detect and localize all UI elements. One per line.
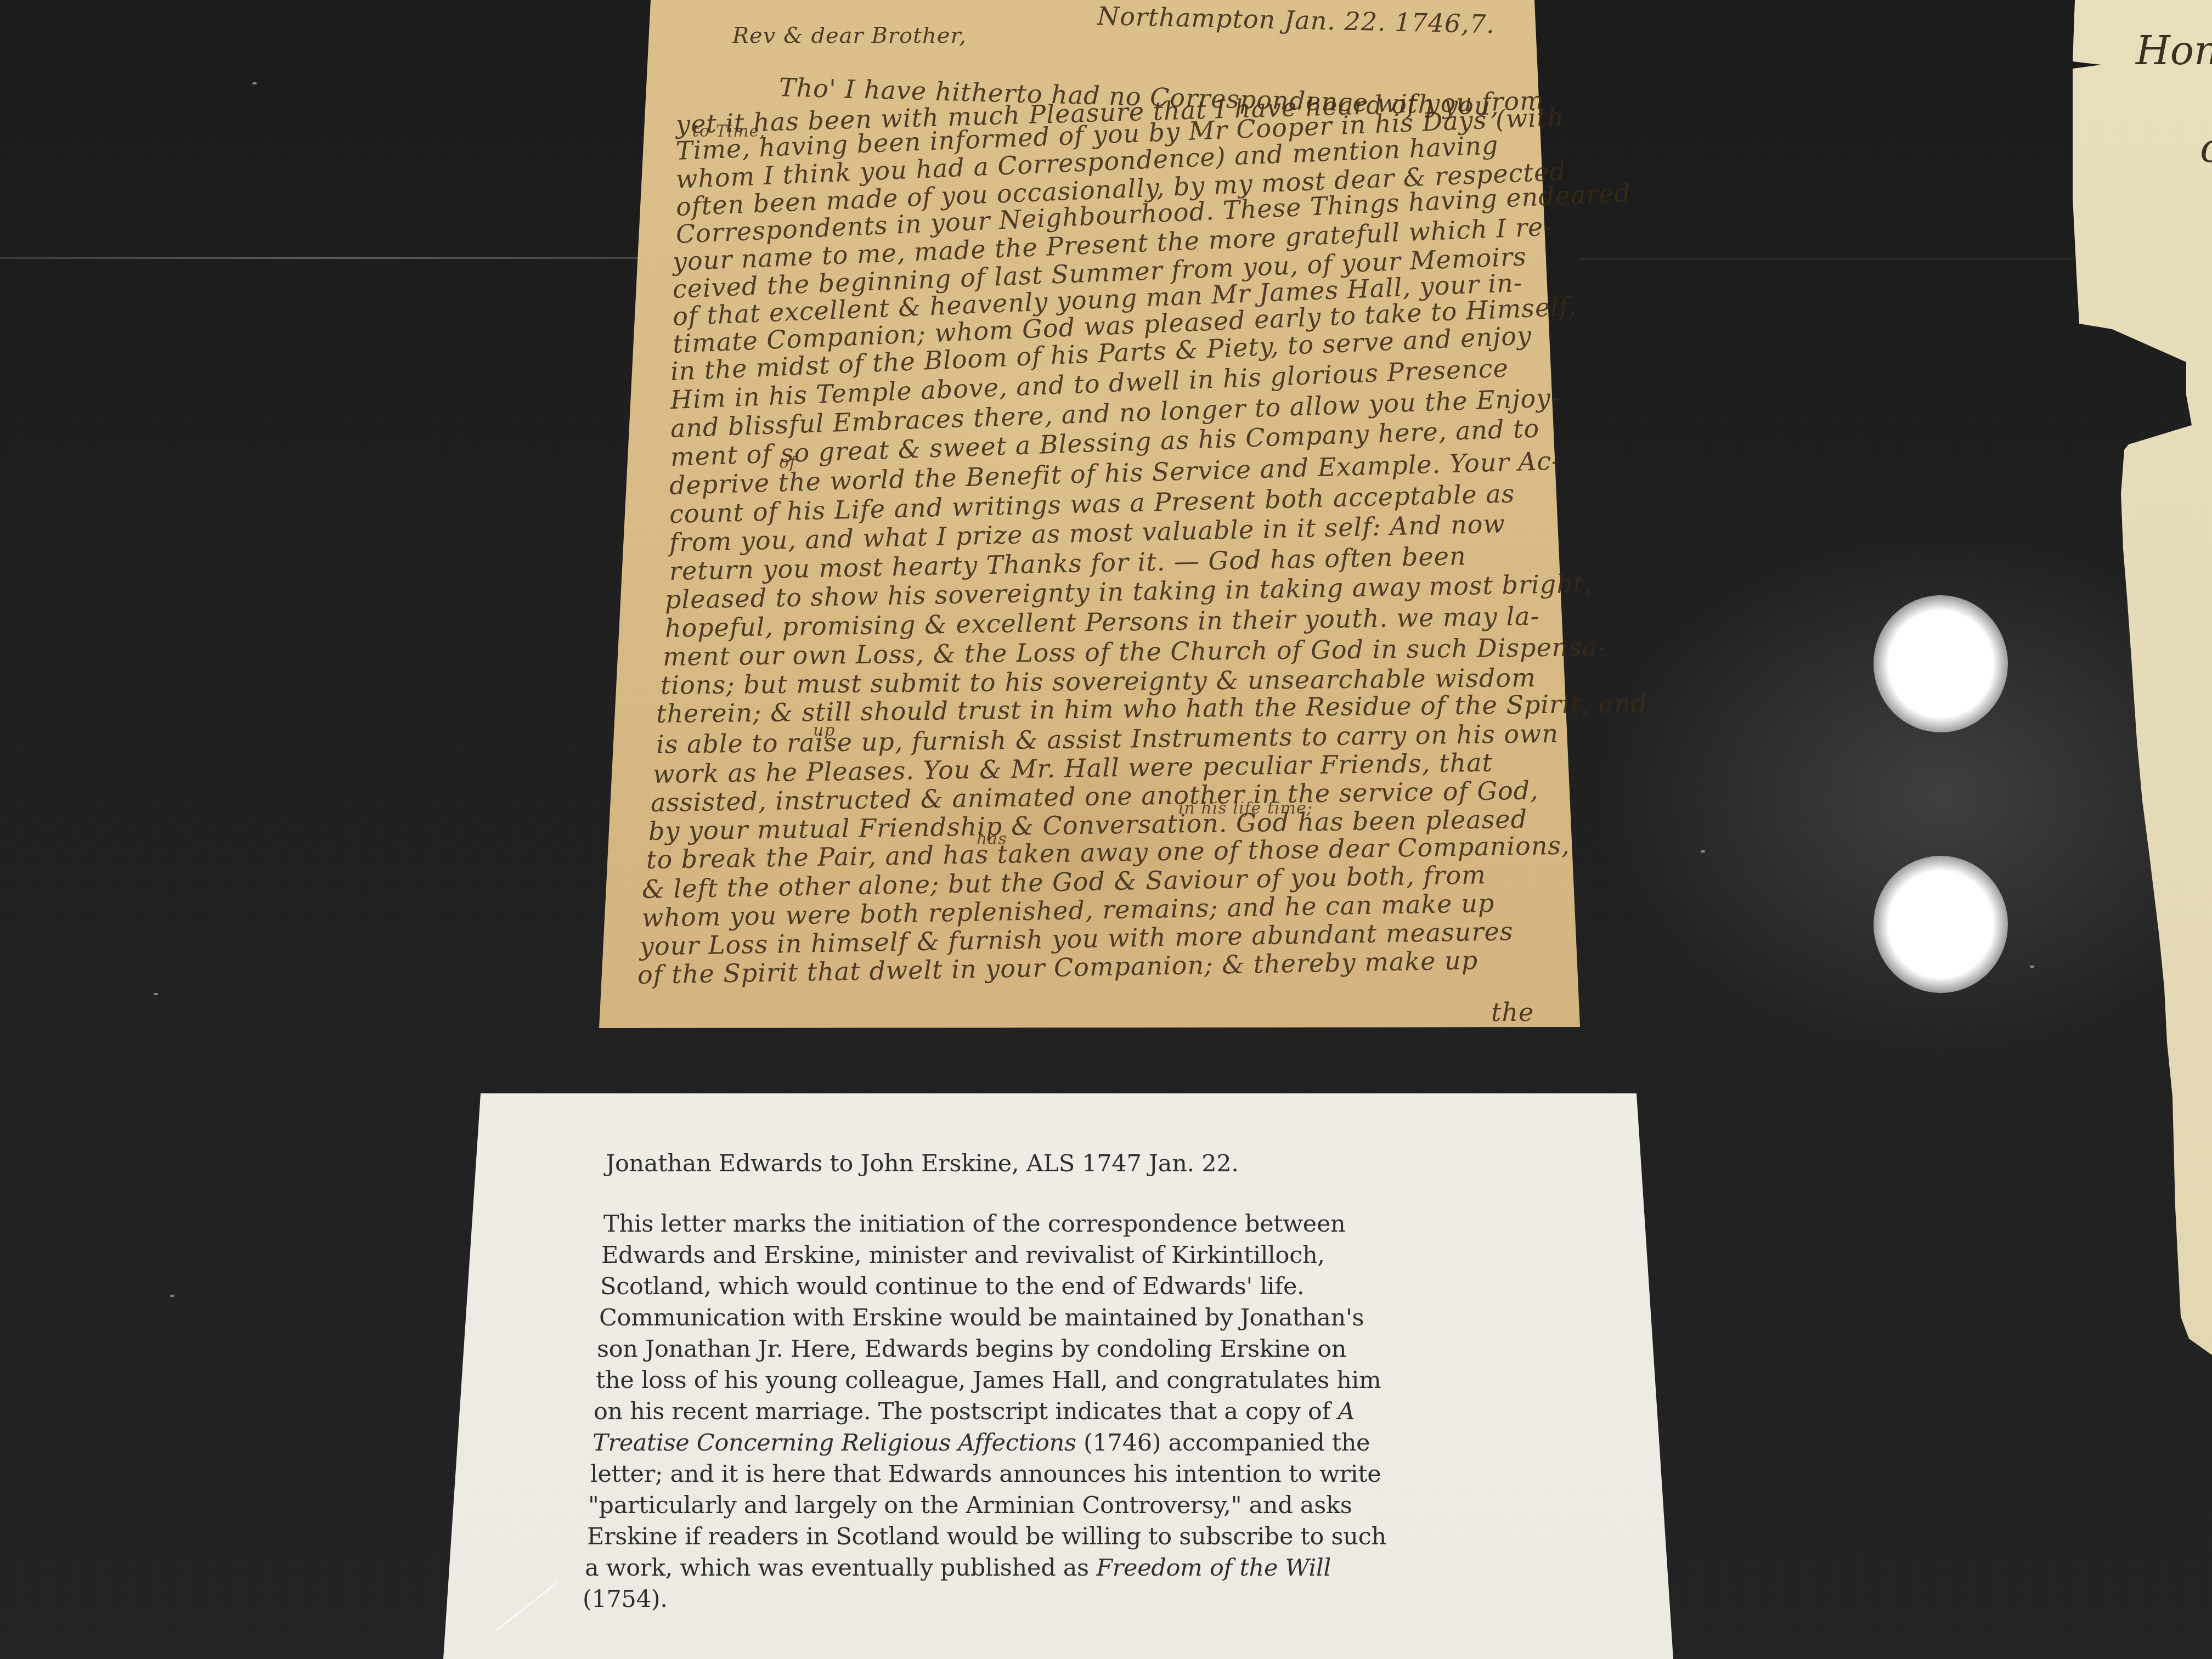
manuscript-handwriting: Northampton Jan. 22. 1746,7. Rev & dear … [0, 0, 2212, 1031]
exhibit-label-italic-title: Freedom of the Will [1096, 1554, 1331, 1582]
exhibit-label-text: on his recent marriage. The postscript i… [594, 1398, 1338, 1425]
exhibit-label-line: Erskine if readers in Scotland would be … [587, 1525, 1386, 1549]
display-case: Hon o Northampton Jan. 22. 1746,7. Rev &… [0, 0, 2212, 1659]
exhibit-label-line: on his recent marriage. The postscript i… [594, 1400, 1355, 1424]
letter-dateline: Northampton Jan. 22. 1746,7. [1097, 1, 1495, 39]
exhibit-label-title: Jonathan Edwards to John Erskine, ALS 17… [606, 1152, 1239, 1176]
exhibit-label-text: a work, which was eventually published a… [585, 1554, 1096, 1582]
exhibit-label-text: (1746) accompanied the [1076, 1429, 1370, 1457]
exhibit-label-line: Scotland, which would continue to the en… [600, 1275, 1304, 1299]
exhibit-label-line: a work, which was eventually published a… [585, 1556, 1331, 1580]
dust-speck [1701, 850, 1705, 853]
dust-speck [170, 1295, 174, 1297]
exhibit-label-line: Edwards and Erskine, minister and reviva… [601, 1244, 1325, 1267]
exhibit-label-line: This letter marks the initiation of the … [603, 1212, 1345, 1236]
exhibit-label-line: Treatise Concerning Religious Affections… [592, 1431, 1370, 1455]
exhibit-label-line: "particularly and largely on the Arminia… [588, 1494, 1352, 1517]
exhibit-label-line: Communication with Erskine would be main… [599, 1306, 1364, 1330]
exhibit-label-line: (1754). [583, 1588, 668, 1611]
letter-salutation: Rev & dear Brother, [732, 23, 967, 48]
exhibit-label-line: letter; and it is here that Edwards anno… [590, 1463, 1381, 1486]
letter-catchword: the [1491, 997, 1534, 1027]
exhibit-label-line: the loss of his young colleague, James H… [596, 1369, 1381, 1392]
dust-speck [2030, 966, 2034, 968]
dust-speck [252, 82, 257, 84]
dust-speck [154, 993, 158, 995]
exhibit-label-italic-title: Treatise Concerning Religious Affections [592, 1429, 1076, 1457]
exhibit-label-line: son Jonathan Jr. Here, Edwards begins by… [597, 1338, 1346, 1361]
exhibit-label-italic-title: A [1338, 1398, 1355, 1425]
